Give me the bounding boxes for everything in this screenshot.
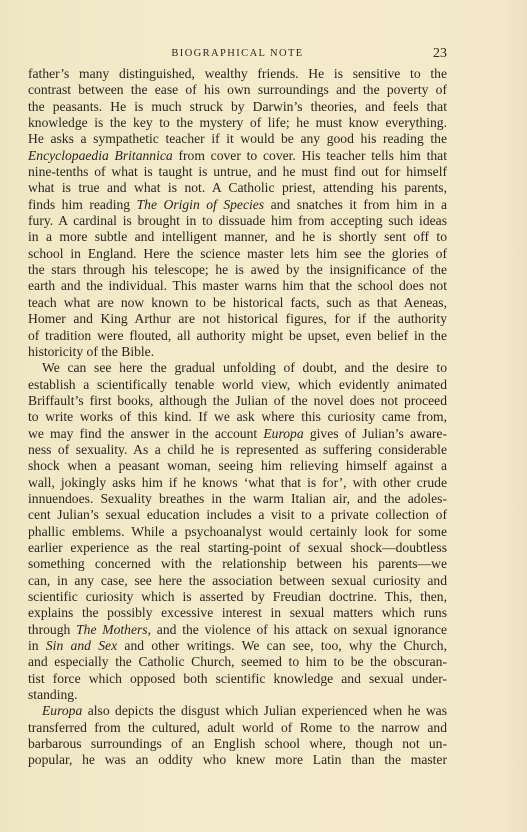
text-line: He asks a sympathetic teacher if it woul… — [28, 131, 447, 147]
book-title: Europa — [263, 426, 303, 441]
book-title: Encyclopaedia Britannica — [28, 148, 173, 163]
text-line: father’s many distinguished, wealthy fri… — [28, 66, 447, 82]
text-line: in a more subtle and intelligent manner,… — [28, 229, 447, 245]
text-line: scientific curiosity which is asserted b… — [28, 589, 447, 605]
text-line: the stars through his telescope; he is a… — [28, 262, 447, 278]
text-line: through The Mothers, and the violence of… — [28, 622, 447, 638]
text-line: finds him reading The Origin of Species … — [28, 197, 447, 213]
text-line: and especially the Catholic Church, seem… — [28, 654, 447, 670]
text-line: Homer and King Arthur are not historical… — [28, 311, 447, 327]
text-line: we may find the answer in the account Eu… — [28, 426, 447, 442]
text-line: tist force which opposed both scientific… — [28, 671, 447, 687]
text-line: barbarous surroundings of an English sch… — [28, 736, 447, 752]
text-line: teach what are now known to be historica… — [28, 295, 447, 311]
text-line: phallic emblems. While a psychoanalyst w… — [28, 524, 447, 540]
text-line: something concerned with the relationshi… — [28, 556, 447, 572]
text-line: cent Julian’s sexual education includes … — [28, 507, 447, 523]
text-line: We can see here the gradual unfolding of… — [28, 360, 447, 376]
text-line: popular, he was an oddity who knew more … — [28, 752, 447, 768]
book-title: The Mothers — [76, 622, 148, 637]
text-line: knowledge is the key to the mystery of l… — [28, 115, 447, 131]
text-line: shock when a peasant woman, seeing him r… — [28, 458, 447, 474]
text-line: school in England. Here the science mast… — [28, 246, 447, 262]
text-line: ness of sexuality. As a child he is repr… — [28, 442, 447, 458]
book-title: The Origin of Species — [137, 197, 264, 212]
text-line: earlier experience as the real starting-… — [28, 540, 447, 556]
text-line: innuendoes. Sexuality breathes in the wa… — [28, 491, 447, 507]
text-line: fury. A cardinal is brought in to dissua… — [28, 213, 447, 229]
text-line: Encyclopaedia Britannica from cover to c… — [28, 148, 447, 164]
book-title: Sin and Sex — [46, 638, 117, 653]
page-number: 23 — [433, 46, 447, 62]
body-text: father’s many distinguished, wealthy fri… — [28, 66, 447, 769]
text-line: contrast between the ease of his own sur… — [28, 82, 447, 98]
running-title: BIOGRAPHICAL NOTE — [28, 48, 447, 59]
book-title: Europa — [42, 703, 82, 718]
text-line: nine-tenths of what is taught is untrue,… — [28, 164, 447, 180]
text-line: establish a scientifically tenable world… — [28, 377, 447, 393]
text-line: in Sin and Sex and other writings. We ca… — [28, 638, 447, 654]
text-line: historicity of the Bible. — [28, 344, 447, 360]
text-line: to write works of this kind. If we ask w… — [28, 409, 447, 425]
text-line: can, in any case, see here the associati… — [28, 573, 447, 589]
text-line: wall, jokingly asks him if he knows ‘wha… — [28, 475, 447, 491]
text-line: the peasants. He is much struck by Darwi… — [28, 99, 447, 115]
text-line: of tradition were flouted, all authority… — [28, 328, 447, 344]
running-head: BIOGRAPHICAL NOTE 23 — [28, 46, 447, 62]
text-line: standing. — [28, 687, 447, 703]
text-line: Briffault’s first books, although the Ju… — [28, 393, 447, 409]
text-line: Europa also depicts the disgust which Ju… — [28, 703, 447, 719]
text-line: what is true and what is not. A Catholic… — [28, 180, 447, 196]
text-line: transferred from the cultured, adult wor… — [28, 720, 447, 736]
text-line: earth and the individual. This master wa… — [28, 278, 447, 294]
text-line: explains the possibly excessive interest… — [28, 605, 447, 621]
